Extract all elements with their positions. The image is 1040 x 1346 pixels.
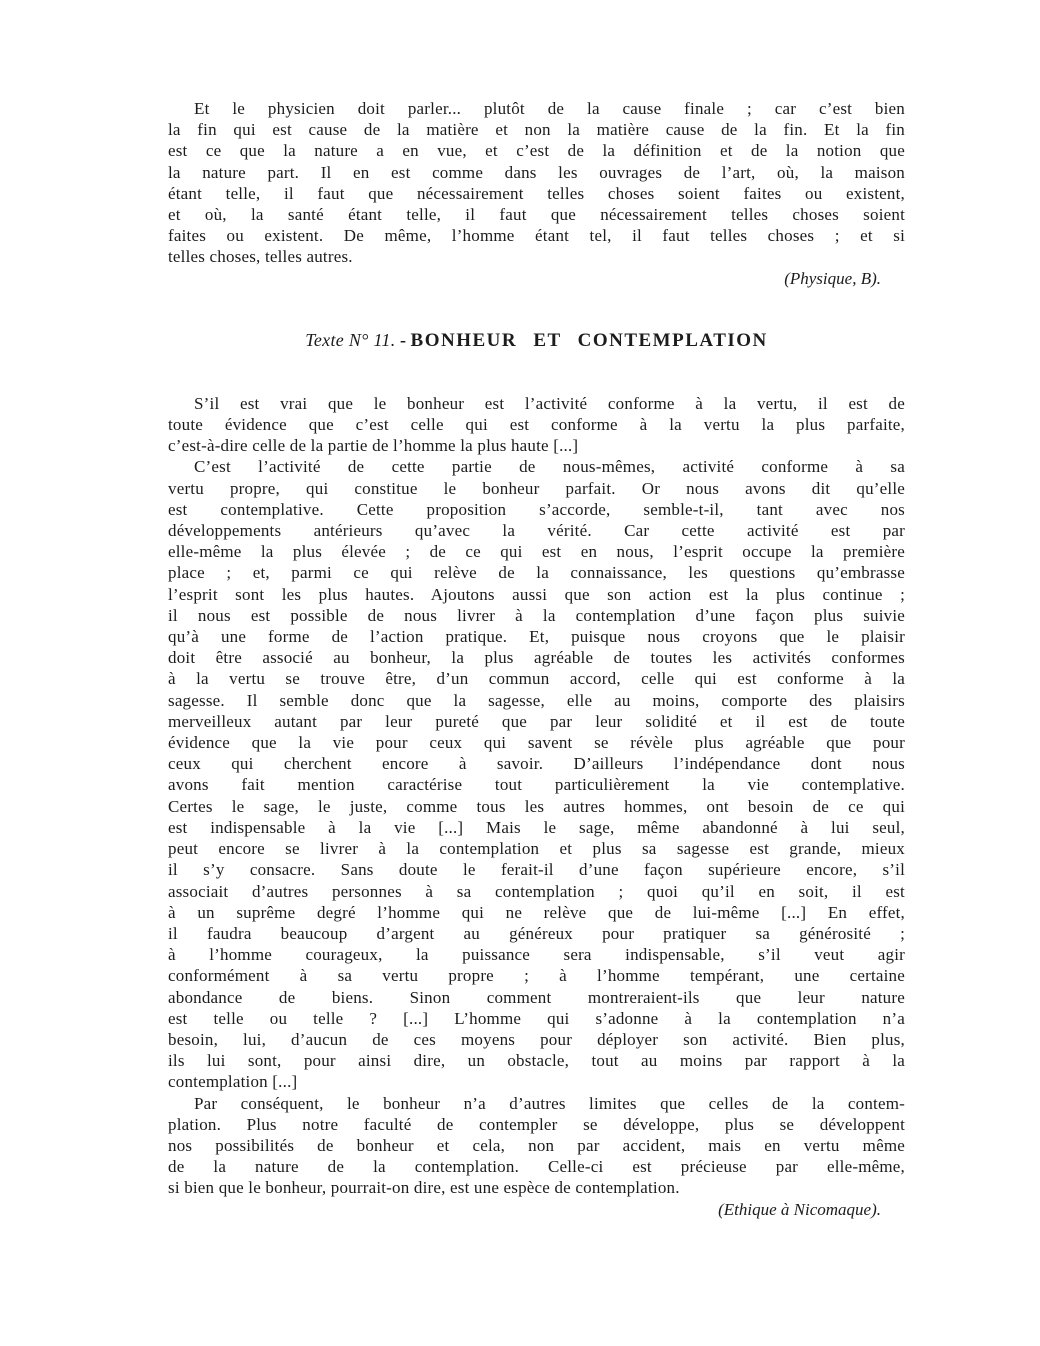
text-line: la nature part. Il en est comme dans les… xyxy=(168,162,905,183)
text-line: C’est l’activité de cette partie de nous… xyxy=(168,456,905,477)
heading-texte-number: Texte N° 11. xyxy=(305,330,395,350)
text-line: avons fait mention caractérise tout part… xyxy=(168,774,905,795)
text-line: nos possibilités de bonheur et cela, non… xyxy=(168,1135,905,1156)
text-line: vertu propre, qui constitue le bonheur p… xyxy=(168,478,905,499)
texte-11-heading: Texte N° 11. - BONHEUR ET CONTEMPLATION xyxy=(168,328,905,353)
text-line: à un suprême degré l’homme qui ne relève… xyxy=(168,902,905,923)
text-line: ceux qui cherchent encore à savoir. D’ai… xyxy=(168,753,905,774)
text-line: plation. Plus notre faculté de contemple… xyxy=(168,1114,905,1135)
text-line: place ; et, parmi ce qui relève de la co… xyxy=(168,562,905,583)
text-line: est ce que la nature a en vue, et c’est … xyxy=(168,140,905,161)
text-line: est contemplative. Cette proposition s’a… xyxy=(168,499,905,520)
text-line: doit être associé au bonheur, la plus ag… xyxy=(168,647,905,668)
text-line: toute évidence que c’est celle qui est c… xyxy=(168,414,905,435)
text-column: Et le physicien doit parler... plutôt de… xyxy=(168,98,905,1220)
text-line: de la nature de la contemplation. Celle-… xyxy=(168,1156,905,1177)
book-page: Et le physicien doit parler... plutôt de… xyxy=(0,0,1040,1346)
text-line: merveilleux autant par leur pureté que p… xyxy=(168,711,905,732)
text-line: à la vertu se trouve être, d’un commun a… xyxy=(168,668,905,689)
text-line: sagesse. Il semble donc que la sagesse, … xyxy=(168,690,905,711)
text-line: il faudra beaucoup d’argent au généreux … xyxy=(168,923,905,944)
text-line: si bien que le bonheur, pourrait-on dire… xyxy=(168,1177,905,1198)
text-line: c’est-à-dire celle de la partie de l’hom… xyxy=(168,435,905,456)
text-line: associait d’autres personnes à sa contem… xyxy=(168,881,905,902)
text-line: il nous est possible de nous livrer à la… xyxy=(168,605,905,626)
text-line: est telle ou telle ? [...] L’homme qui s… xyxy=(168,1008,905,1029)
text-line: peut encore se livrer à la contemplation… xyxy=(168,838,905,859)
text-line: étant telle, il faut que nécessairement … xyxy=(168,183,905,204)
ethique-paragraph-3: Par conséquent, le bonheur n’a d’autres … xyxy=(168,1093,905,1199)
text-line: est indispensable à la vie [...] Mais le… xyxy=(168,817,905,838)
text-line: Certes le sage, le juste, comme tous les… xyxy=(168,796,905,817)
text-line: l’esprit sont les plus hautes. Ajoutons … xyxy=(168,584,905,605)
text-line: contemplation [...] xyxy=(168,1071,905,1092)
text-line: Par conséquent, le bonheur n’a d’autres … xyxy=(168,1093,905,1114)
heading-separator: - xyxy=(396,330,411,350)
text-line: conformément à sa vertu propre ; à l’hom… xyxy=(168,965,905,986)
text-line: à l’homme courageux, la puissance sera i… xyxy=(168,944,905,965)
heading-title: BONHEUR ET CONTEMPLATION xyxy=(411,330,768,351)
text-line: développements antérieurs qu’avec la vér… xyxy=(168,520,905,541)
text-line: Et le physicien doit parler... plutôt de… xyxy=(168,98,905,119)
physique-excerpt-paragraph: Et le physicien doit parler... plutôt de… xyxy=(168,98,905,268)
text-line: la fin qui est cause de la matière et no… xyxy=(168,119,905,140)
ethique-paragraph-2: C’est l’activité de cette partie de nous… xyxy=(168,456,905,1092)
text-line: faites ou existent. De même, l’homme éta… xyxy=(168,225,905,246)
text-line: abondance de biens. Sinon comment montre… xyxy=(168,987,905,1008)
ethique-paragraph-1: S’il est vrai que le bonheur est l’activ… xyxy=(168,393,905,457)
text-line: ils lui sont, pour ainsi dire, un obstac… xyxy=(168,1050,905,1071)
text-line: telles choses, telles autres. xyxy=(168,246,905,267)
text-line: elle-même la plus élevée ; de ce qui est… xyxy=(168,541,905,562)
text-line: qu’à une forme de l’action pratique. Et,… xyxy=(168,626,905,647)
text-line: il s’y consacre. Sans doute le ferait-il… xyxy=(168,859,905,880)
text-line: besoin, lui, d’aucun de ces moyens pour … xyxy=(168,1029,905,1050)
ethique-attribution: (Ethique à Nicomaque). xyxy=(168,1199,905,1220)
text-line: et où, la santé étant telle, il faut que… xyxy=(168,204,905,225)
text-line: S’il est vrai que le bonheur est l’activ… xyxy=(168,393,905,414)
text-line: évidence que la vie pour ceux qui savent… xyxy=(168,732,905,753)
physique-attribution: (Physique, B). xyxy=(168,268,905,289)
